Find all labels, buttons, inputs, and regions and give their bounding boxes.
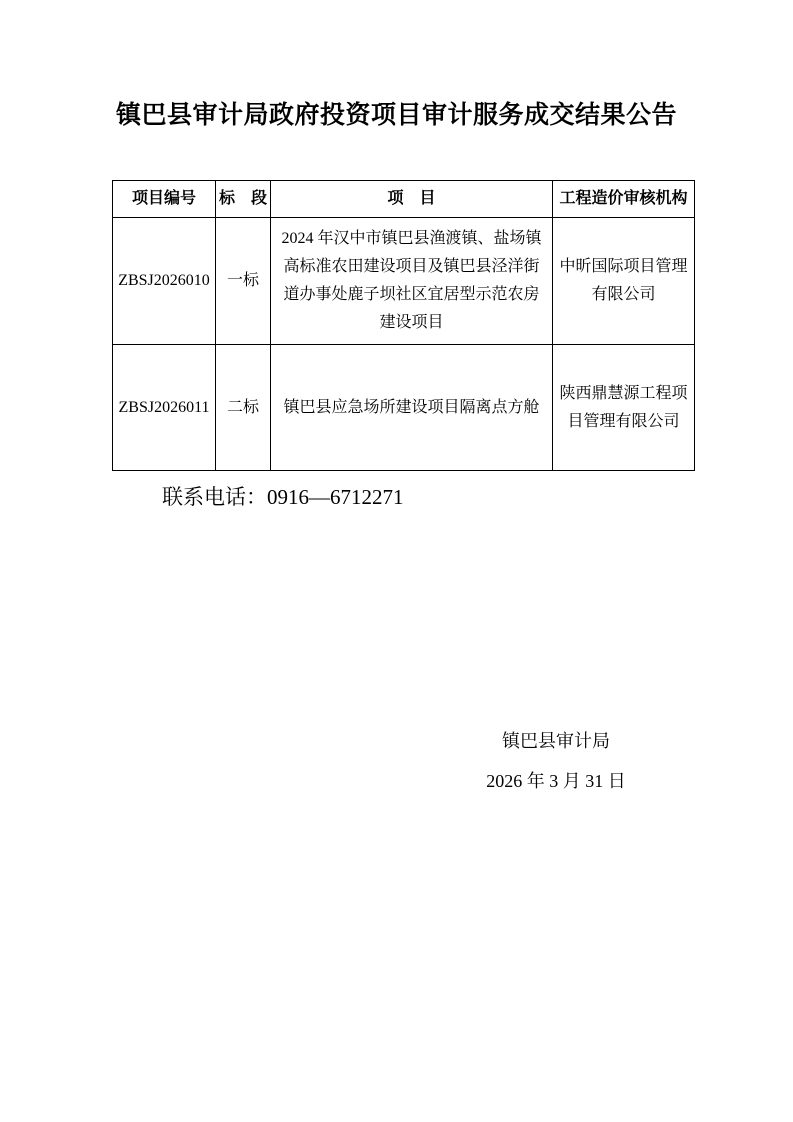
cell-audit-agency: 中昕国际项目管理 有限公司 (553, 218, 695, 345)
cell-bid-section: 二标 (216, 345, 271, 471)
contact-phone: 联系电话：0916—6712271 (162, 484, 404, 510)
header-cell-project: 项 目 (271, 181, 553, 218)
cell-audit-agency: 陕西鼎慧源工程项 目管理有限公司 (553, 345, 695, 471)
table-row: ZBSJ2026010 一标 2024 年汉中市镇巴县渔渡镇、盐场镇 高标准农田… (113, 218, 695, 345)
cell-project-id: ZBSJ2026010 (113, 218, 216, 345)
issuer-name: 镇巴县审计局 (436, 729, 676, 753)
results-table: 项目编号 标 段 项 目 工程造价审核机构 ZBSJ2026010 一标 202… (112, 180, 695, 471)
header-cell-project-id: 项目编号 (113, 181, 216, 218)
signature-block: 镇巴县审计局 2026 年 3 月 31 日 (436, 729, 676, 793)
cell-bid-section: 一标 (216, 218, 271, 345)
cell-project-name: 镇巴县应急场所建设项目隔离点方舱 (271, 345, 553, 471)
issue-date: 2026 年 3 月 31 日 (436, 769, 676, 793)
table-row: ZBSJ2026011 二标 镇巴县应急场所建设项目隔离点方舱 陕西鼎慧源工程项… (113, 345, 695, 471)
header-cell-bid-section: 标 段 (216, 181, 271, 218)
page-title: 镇巴县审计局政府投资项目审计服务成交结果公告 (0, 97, 793, 133)
cell-project-name: 2024 年汉中市镇巴县渔渡镇、盐场镇 高标准农田建设项目及镇巴县泾洋街 道办事… (271, 218, 553, 345)
announcement-page: 镇巴县审计局政府投资项目审计服务成交结果公告 项目编号 标 段 项 目 工程造价… (0, 0, 793, 1122)
cell-project-id: ZBSJ2026011 (113, 345, 216, 471)
table-header-row: 项目编号 标 段 项 目 工程造价审核机构 (113, 181, 695, 218)
header-cell-agency: 工程造价审核机构 (553, 181, 695, 218)
